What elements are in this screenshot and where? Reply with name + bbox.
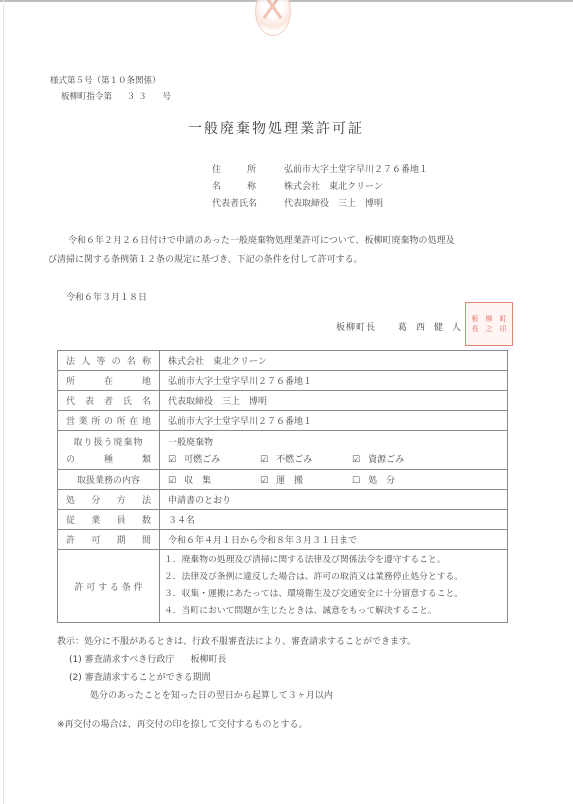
official-seal-stamp: 板柳町 長之印 <box>465 302 513 346</box>
row-label: 取り扱う廃棄物 の種類 <box>58 431 160 470</box>
row-label: 取扱業務の内容 <box>58 470 160 490</box>
applicant-address-label: 住所 <box>212 162 256 179</box>
table-row-employees: 従業員数 ３４名 <box>58 510 508 530</box>
table-row-business-scope: 取扱業務の内容 ☑収 集 ☑運 搬 ☐処 分 <box>58 470 508 490</box>
issuer-title: 板柳町長 <box>336 323 376 333</box>
condition-1: １．廃棄物の処理及び清掃に関する法律及び関係法令を遵守すること。 <box>164 552 503 569</box>
issuer: 板柳町長 葛西健人 <box>336 320 470 333</box>
waste-category: 一般廃棄物 <box>168 435 499 448</box>
appeal-instruction: 教示：処分に不服があるときは、行政不服審査法により、審査請求することができます。 <box>57 633 416 651</box>
town-seal-emblem <box>255 0 291 36</box>
applicant-rep: 代表取締役 三上 博明 <box>284 196 383 213</box>
reissue-note: ※再交付の場合は、再交付の印を捺して交付するものとする。 <box>57 717 308 730</box>
location-value: 弘前市大字土堂字早川２７６番地１ <box>160 371 508 391</box>
row-label: 従業員数 <box>58 510 160 530</box>
form-number: 様式第５号（第１０条関係） <box>50 74 161 86</box>
document-title: 一般廃棄物処理業許可証 <box>188 118 364 138</box>
command-number-value: ３３ <box>127 92 150 102</box>
applicant-rep-label: 代表者氏名 <box>212 196 284 213</box>
appeal-authority: (1) 審査請求すべき行政庁板柳町長 <box>57 651 416 669</box>
row-label: 営業所の所在地 <box>58 411 160 431</box>
checkbox-noncombustible: ☑不燃ごみ <box>260 452 352 465</box>
corporate-name-value: 株式会社 東北クリーン <box>160 351 508 371</box>
issuer-name: 葛西健人 <box>398 323 470 333</box>
checkbox-transport: ☑運 搬 <box>260 473 352 486</box>
office-location-value: 弘前市大字土堂字早川２７６番地１ <box>160 411 508 431</box>
conditions-value: １．廃棄物の処理及び清掃に関する法律及び関係法令を遵守すること。 ２．法律及び条… <box>160 550 508 623</box>
table-row-corporate-name: 法人等の名称 株式会社 東北クリーン <box>58 351 508 371</box>
row-label: 法人等の名称 <box>58 351 160 371</box>
table-row-representative: 代表者氏名 代表取締役 三上 博明 <box>58 391 508 411</box>
applicant-block: 住所 弘前市大字土堂字早川２７６番地１ 名称 株式会社 東北クリーン 代表者氏名… <box>212 162 428 213</box>
table-row-office-location: 営業所の所在地 弘前市大字土堂字早川２７６番地１ <box>58 411 508 431</box>
permit-period-value: 令和６年４月１日から令和８年３月３１日まで <box>160 530 508 550</box>
business-scope-value: ☑収 集 ☑運 搬 ☐処 分 <box>160 470 508 490</box>
page-left-edge <box>3 0 4 804</box>
body-line-1: 令和６年２月２６日付けで申請のあった一般廃棄物処理業許可について、板柳町廃棄物の… <box>60 232 530 251</box>
employees-value: ３４名 <box>160 510 508 530</box>
disposal-method-value: 申請書のとおり <box>160 490 508 510</box>
representative-value: 代表取締役 三上 博明 <box>160 391 508 411</box>
permit-details-table: 法人等の名称 株式会社 東北クリーン 所在地 弘前市大字土堂字早川２７６番地１ … <box>57 350 508 623</box>
waste-types-value: 一般廃棄物 ☑可燃ごみ ☑不燃ごみ ☑資源ごみ <box>160 431 508 470</box>
checkbox-combustible: ☑可燃ごみ <box>168 452 260 465</box>
table-row-waste-types: 取り扱う廃棄物 の種類 一般廃棄物 ☑可燃ごみ ☑不燃ごみ ☑資源ごみ <box>58 431 508 470</box>
applicant-address: 弘前市大字土堂字早川２７６番地１ <box>284 162 428 179</box>
appeal-period-value: 処分のあったことを知った日の翌日から起算して３ヶ月以内 <box>57 687 416 705</box>
row-label: 代表者氏名 <box>58 391 160 411</box>
table-row-disposal-method: 処分方法 申請書のとおり <box>58 490 508 510</box>
command-number: 板柳町指令第 ３３ 号 <box>61 90 171 102</box>
row-label: 許 可 す る 条 件 <box>58 550 160 623</box>
row-label: 処分方法 <box>58 490 160 510</box>
table-row-permit-period: 許可期間 令和６年４月１日から令和８年３月３１日まで <box>58 530 508 550</box>
command-prefix: 板柳町指令第 <box>61 92 112 102</box>
condition-4: ４．当町において問題が生じたときは、誠意をもって解決すること。 <box>164 603 503 620</box>
applicant-name-label: 名称 <box>212 179 256 196</box>
command-suffix: 号 <box>162 92 171 102</box>
applicant-name: 株式会社 東北クリーン <box>284 179 383 196</box>
row-label: 所在地 <box>58 371 160 391</box>
checkbox-recyclable: ☑資源ごみ <box>352 452 444 465</box>
appeal-period-label: (2) 審査請求することができる期間 <box>57 669 416 687</box>
applicant-address-row: 住所 弘前市大字土堂字早川２７６番地１ <box>212 162 428 179</box>
appeal-notice: 教示：処分に不服があるときは、行政不服審査法により、審査請求することができます。… <box>57 633 416 705</box>
condition-3: ３．収集・運搬にあたっては、環境衛生及び交通安全に十分留意すること。 <box>164 586 503 603</box>
row-label: 許可期間 <box>58 530 160 550</box>
permit-body-text: 令和６年２月２６日付けで申請のあった一般廃棄物処理業許可について、板柳町廃棄物の… <box>60 232 530 270</box>
checkbox-collection: ☑収 集 <box>168 473 260 486</box>
table-row-location: 所在地 弘前市大字土堂字早川２７６番地１ <box>58 371 508 391</box>
checkbox-disposal: ☐処 分 <box>352 473 444 486</box>
table-row-conditions: 許 可 す る 条 件 １．廃棄物の処理及び清掃に関する法律及び関係法令を遵守す… <box>58 550 508 623</box>
condition-2: ２．法律及び条例に違反した場合は、許可の取消又は業務停止処分とする。 <box>164 569 503 586</box>
body-line-2: び清掃に関する条例第１２条の規定に基づき、下記の条件を付して許可する。 <box>48 251 530 270</box>
applicant-rep-row: 代表者氏名 代表取締役 三上 博明 <box>212 196 428 213</box>
issue-date: 令和６年３月１８日 <box>66 290 147 303</box>
applicant-name-row: 名称 株式会社 東北クリーン <box>212 179 428 196</box>
